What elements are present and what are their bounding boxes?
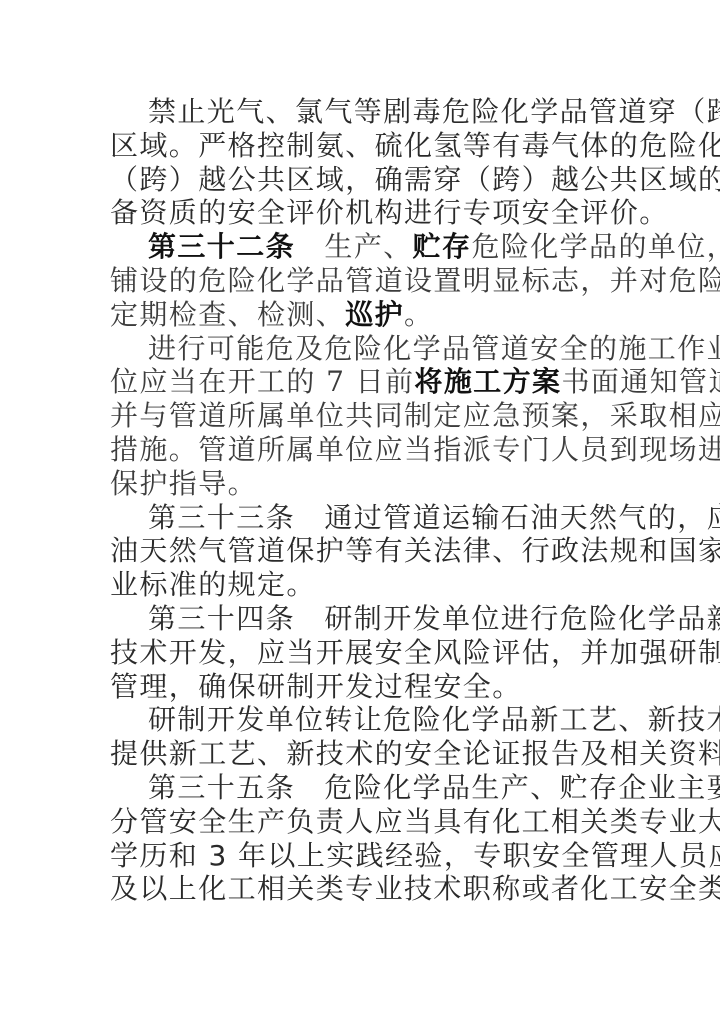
text-line: 铺设的危险化学品管道设置明显标志，并对危险化学品管道 [110,264,612,298]
body-text: 生产、 [295,230,413,263]
body-text: 。 [404,298,433,331]
body-text: 第三十五条 危险化学品生产、贮存企业主要负责人、 [148,771,720,804]
body-text: 学历和 3 年以上实践经验，专职安全管理人员应当具有中级 [110,839,720,872]
body-text: 及以上化工相关类专业技术职称或者化工安全类注册安全 [110,872,720,905]
body-text: （跨）越公共区域，确需穿（跨）越公共区域的，应当由具 [110,163,720,196]
body-text: 油天然气管道保护等有关法律、行政法规和国家标准或者行 [110,534,720,567]
body-text: 备资质的安全评价机构进行专项安全评价。 [110,196,669,229]
body-text: 并与管道所属单位共同制定应急预案，采取相应的安全防护 [110,399,720,432]
text-line: 第三十三条 通过管道运输石油天然气的，应当遵守石 [110,501,612,535]
emphasized-text: 将施工方案 [414,365,561,398]
body-text: 研制开发单位转让危险化学品新工艺、新技术时，应当 [148,703,720,736]
body-text: 提供新工艺、新技术的安全论证报告及相关资料。 [110,737,720,770]
body-text: 位应当在开工的 7 日前 [110,365,414,398]
paragraph-article-33: 第三十三条 通过管道运输石油天然气的，应当遵守石油天然气管道保护等有关法律、行政… [110,501,612,602]
body-text: 书面通知管道所属单位， [561,365,720,398]
text-line: 学历和 3 年以上实践经验，专职安全管理人员应当具有中级 [110,839,612,873]
text-line: 业标准的规定。 [110,568,612,602]
body-text: 第三十四条 研制开发单位进行危险化学品新工艺、新 [148,602,720,635]
body-text: 措施。管道所属单位应当指派专门人员到现场进行管道安全 [110,433,720,466]
text-line: 禁止光气、氯气等剧毒危险化学品管道穿（跨）越公共 [110,95,612,129]
body-text: 进行可能危及危险化学品管道安全的施工作业，施工单 [148,332,720,365]
text-line: 并与管道所属单位共同制定应急预案，采取相应的安全防护 [110,399,612,433]
emphasized-text: 贮存 [413,230,472,263]
text-line: 技术开发，应当开展安全风险评估，并加强研制过程的安全 [110,636,612,670]
text-line: 第三十四条 研制开发单位进行危险化学品新工艺、新 [110,602,612,636]
text-line: 第三十二条 生产、贮存危险化学品的单位，应当对其 [110,230,612,264]
document-body: 禁止光气、氯气等剧毒危险化学品管道穿（跨）越公共区域。严格控制氨、硫化氢等有毒气… [110,95,612,906]
emphasized-text: 巡护 [345,298,404,331]
body-text: 铺设的危险化学品管道设置明显标志，并对危险化学品管道 [110,264,720,297]
body-text: 危险化学品的单位，应当对其 [471,230,720,263]
paragraph-article-34: 第三十四条 研制开发单位进行危险化学品新工艺、新技术开发，应当开展安全风险评估，… [110,602,612,703]
text-line: 区域。严格控制氨、硫化氢等有毒气体的危险化学品管道穿 [110,129,612,163]
text-line: 定期检查、检测、巡护。 [110,298,612,332]
body-text: 保护指导。 [110,467,257,500]
paragraph-p6: 研制开发单位转让危险化学品新工艺、新技术时，应当提供新工艺、新技术的安全论证报告… [110,703,612,771]
body-text: 禁止光气、氯气等剧毒危险化学品管道穿（跨）越公共 [148,95,720,128]
body-text: 业标准的规定。 [110,568,316,601]
text-line: 油天然气管道保护等有关法律、行政法规和国家标准或者行 [110,534,612,568]
text-line: 分管安全生产负责人应当具有化工相关类专业大专及以上 [110,805,612,839]
text-line: 及以上化工相关类专业技术职称或者化工安全类注册安全 [110,872,612,906]
body-text: 技术开发，应当开展安全风险评估，并加强研制过程的安全 [110,636,720,669]
paragraph-article-35: 第三十五条 危险化学品生产、贮存企业主要负责人、分管安全生产负责人应当具有化工相… [110,771,612,906]
body-text: 定期检查、检测、 [110,298,345,331]
body-text: 区域。严格控制氨、硫化氢等有毒气体的危险化学品管道穿 [110,129,720,162]
body-text: 管理，确保研制开发过程安全。 [110,670,522,703]
paragraph-p1: 禁止光气、氯气等剧毒危险化学品管道穿（跨）越公共区域。严格控制氨、硫化氢等有毒气… [110,95,612,230]
paragraph-p3: 进行可能危及危险化学品管道安全的施工作业，施工单位应当在开工的 7 日前将施工方… [110,332,612,501]
text-line: 管理，确保研制开发过程安全。 [110,670,612,704]
paragraph-article-32: 第三十二条 生产、贮存危险化学品的单位，应当对其铺设的危险化学品管道设置明显标志… [110,230,612,331]
text-line: 进行可能危及危险化学品管道安全的施工作业，施工单 [110,332,612,366]
text-line: 提供新工艺、新技术的安全论证报告及相关资料。 [110,737,612,771]
body-text: 第三十三条 通过管道运输石油天然气的，应当遵守石 [148,501,720,534]
text-line: 研制开发单位转让危险化学品新工艺、新技术时，应当 [110,703,612,737]
text-line: 措施。管道所属单位应当指派专门人员到现场进行管道安全 [110,433,612,467]
text-line: （跨）越公共区域，确需穿（跨）越公共区域的，应当由具 [110,163,612,197]
text-line: 备资质的安全评价机构进行专项安全评价。 [110,196,612,230]
document-page: 禁止光气、氯气等剧毒危险化学品管道穿（跨）越公共区域。严格控制氨、硫化氢等有毒气… [0,0,720,1018]
text-line: 第三十五条 危险化学品生产、贮存企业主要负责人、 [110,771,612,805]
emphasized-text: 第三十二条 [148,230,295,263]
text-line: 保护指导。 [110,467,612,501]
text-line: 位应当在开工的 7 日前将施工方案书面通知管道所属单位， [110,365,612,399]
body-text: 分管安全生产负责人应当具有化工相关类专业大专及以上 [110,805,720,838]
